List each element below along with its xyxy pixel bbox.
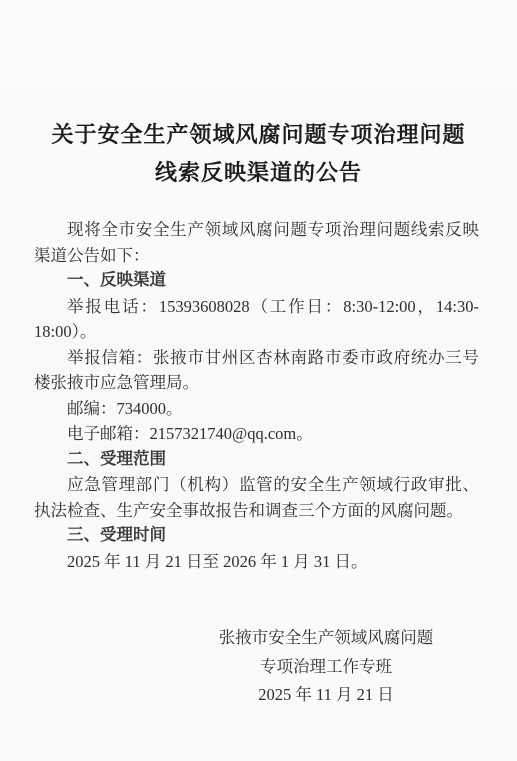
document-page: 关于安全生产领域风腐问题专项治理问题 线索反映渠道的公告 现将全市安全生产领域风… (0, 0, 517, 761)
period-paragraph: 2025 年 11 月 21 日至 2026 年 1 月 31 日。 (34, 549, 479, 575)
signature-org-line-1: 张掖市安全生产领域风腐问题 (166, 624, 486, 653)
title-line-1: 关于安全生产领域风腐问题专项治理问题 (30, 116, 487, 154)
title-line-2: 线索反映渠道的公告 (30, 154, 487, 192)
intro-paragraph: 现将全市安全生产领域风腐问题专项治理问题线索反映渠道公告如下： (34, 217, 479, 268)
report-mailbox-line: 举报信箱：张掖市甘州区杏林南路市委市政府统办三号楼张掖市应急管理局。 (34, 345, 479, 396)
postcode-line: 邮编：734000。 (34, 396, 479, 422)
signature-block: 张掖市安全生产领域风腐问题 专项治理工作专班 2025 年 11 月 21 日 (166, 624, 486, 710)
email-line: 电子邮箱：2157321740@qq.com。 (34, 421, 479, 447)
section-heading-period: 三、受理时间 (34, 523, 479, 549)
section-heading-scope: 二、受理范围 (34, 447, 479, 473)
document-title: 关于安全生产领域风腐问题专项治理问题 线索反映渠道的公告 (30, 116, 487, 192)
report-phone-line: 举报电话：15393608028（工作日：8:30-12:00，14:30-18… (34, 294, 479, 345)
document-body: 现将全市安全生产领域风腐问题专项治理问题线索反映渠道公告如下： 一、反映渠道 举… (34, 217, 479, 574)
section-heading-channels: 一、反映渠道 (34, 268, 479, 294)
signature-date: 2025 年 11 月 21 日 (166, 681, 486, 710)
signature-org-line-2: 专项治理工作专班 (166, 653, 486, 682)
scope-paragraph: 应急管理部门（机构）监管的安全生产领域行政审批、执法检查、生产安全事故报告和调查… (34, 472, 479, 523)
